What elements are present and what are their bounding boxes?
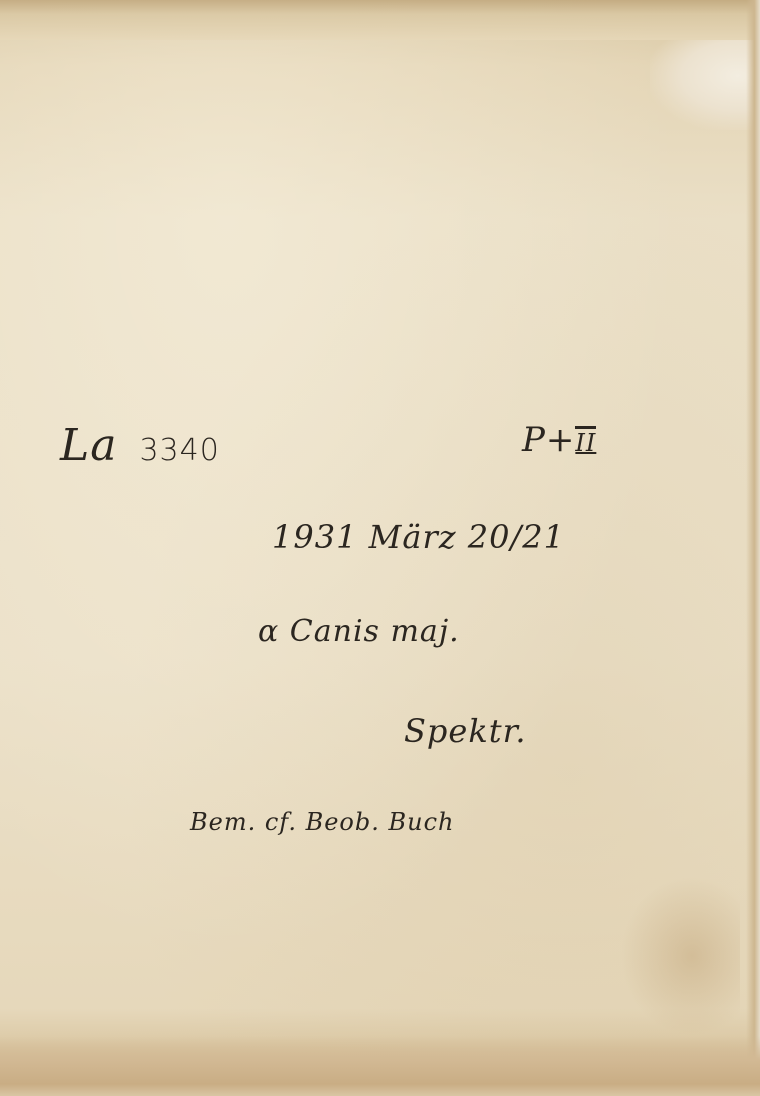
plate-type: P+II: [522, 420, 596, 460]
plate-type-prefix: P+: [522, 420, 575, 460]
logbook-note: Bem. cf. Beob. Buch: [190, 808, 454, 836]
catalog-prefix: La: [60, 420, 117, 471]
catalog-number: 3340: [139, 433, 219, 468]
bottom-fold: [0, 1036, 760, 1096]
observation-date: 1931 März 20/21: [272, 518, 565, 556]
stain-bottom-right: [620, 876, 740, 1036]
torn-corner-top-right: [650, 40, 760, 130]
observation-kind: Spektr.: [404, 712, 527, 750]
observed-object: α Canis maj.: [258, 614, 460, 649]
plate-type-roman: II: [575, 426, 596, 457]
top-fold: [0, 0, 760, 40]
catalog-id: La3340: [60, 420, 220, 471]
right-edge: [746, 0, 760, 1096]
